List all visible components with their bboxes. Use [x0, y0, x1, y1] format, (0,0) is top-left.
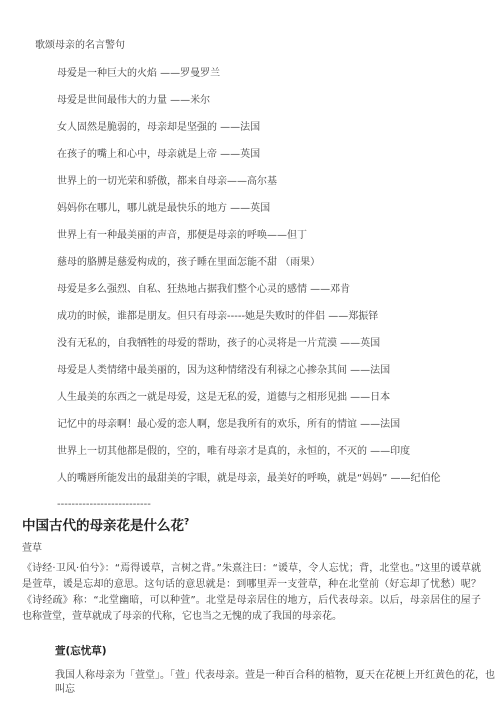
- quote-line: 女人固然是脆弱的，母亲却是坚强的 ——法国: [57, 122, 482, 133]
- subtitle-wangyoucao: 萱(忘忧草): [55, 645, 482, 657]
- quote-line: 世界上一切其他都是假的，空的，唯有母亲才是真的，永恒的，不灭的 ——印度: [57, 446, 482, 457]
- quote-line: 母爱是一种巨大的火焰 ——罗曼罗兰: [57, 68, 482, 79]
- quote-line: 世界上的一切光荣和骄傲，都来自母亲——高尔基: [57, 176, 482, 187]
- quote-line: 世界上有一种最美丽的声音，那便是母亲的呼唤——但丁: [57, 230, 482, 241]
- section-heading: 中国古代的母亲花是什么花?: [22, 518, 482, 534]
- paragraph-shijing: 《诗经·卫风·伯兮》：“焉得谖草，言树之背。”朱熹注曰：“谖草，令人忘忧；背，北…: [22, 561, 481, 625]
- quote-line: 记忆中的母亲啊！最心爱的恋人啊，您是我所有的欢乐，所有的情谊 ——法国: [57, 419, 482, 430]
- quote-line: 没有无私的，自我牺牲的母爱的帮助，孩子的心灵将是一片荒漠 ——英国: [57, 338, 482, 349]
- quote-line: 成功的时候，谁都是朋友。但只有母亲-----她是失败时的伴侣 ——郑振铎: [57, 311, 482, 322]
- document-title: 歌颂母亲的名言警句: [35, 40, 482, 52]
- quote-line: 母爱是多么强烈、自私、狂热地占据我们整个心灵的感情 ——邓肯: [57, 284, 482, 295]
- quote-line: 慈母的胳膊是慈爱构成的，孩子睡在里面怎能不甜 （雨果）: [57, 257, 482, 268]
- section-heading-text: 中国古代的母亲花是什么花: [22, 518, 184, 534]
- quote-line: 人的嘴唇所能发出的最甜美的字眼，就是母亲，最美好的呼唤，就是“妈妈” ——纪伯伦: [57, 473, 482, 484]
- quote-line: 妈妈你在哪儿，哪儿就是最快乐的地方 ——英国: [57, 203, 482, 214]
- quote-line: 人生最美的东西之一就是母爱，这是无私的爱，道德与之相形见拙 ——日本: [57, 392, 482, 403]
- quote-line: 母爱是世间最伟大的力量 ——米尔: [57, 95, 482, 106]
- quote-line: 母爱是人类情绪中最美丽的，因为这种情绪没有利禄之心掺杂其间 ——法国: [57, 365, 482, 376]
- document-page: 歌颂母亲的名言警句 母爱是一种巨大的火焰 ——罗曼罗兰 母爱是世间最伟大的力量 …: [0, 0, 500, 707]
- section-divider: --------------------------: [57, 500, 482, 510]
- subheading-xuancao: 萱草: [22, 543, 482, 555]
- heading-superscript: ?: [184, 518, 189, 528]
- quote-line: 在孩子的嘴上和心中，母亲就是上帝 ——英国: [57, 149, 482, 160]
- paragraph-xuantang: 我国人称母亲为「萱堂」。「萱」代表母亲。萱是一种百合科的植物，夏天在花梗上开红黄…: [55, 669, 497, 697]
